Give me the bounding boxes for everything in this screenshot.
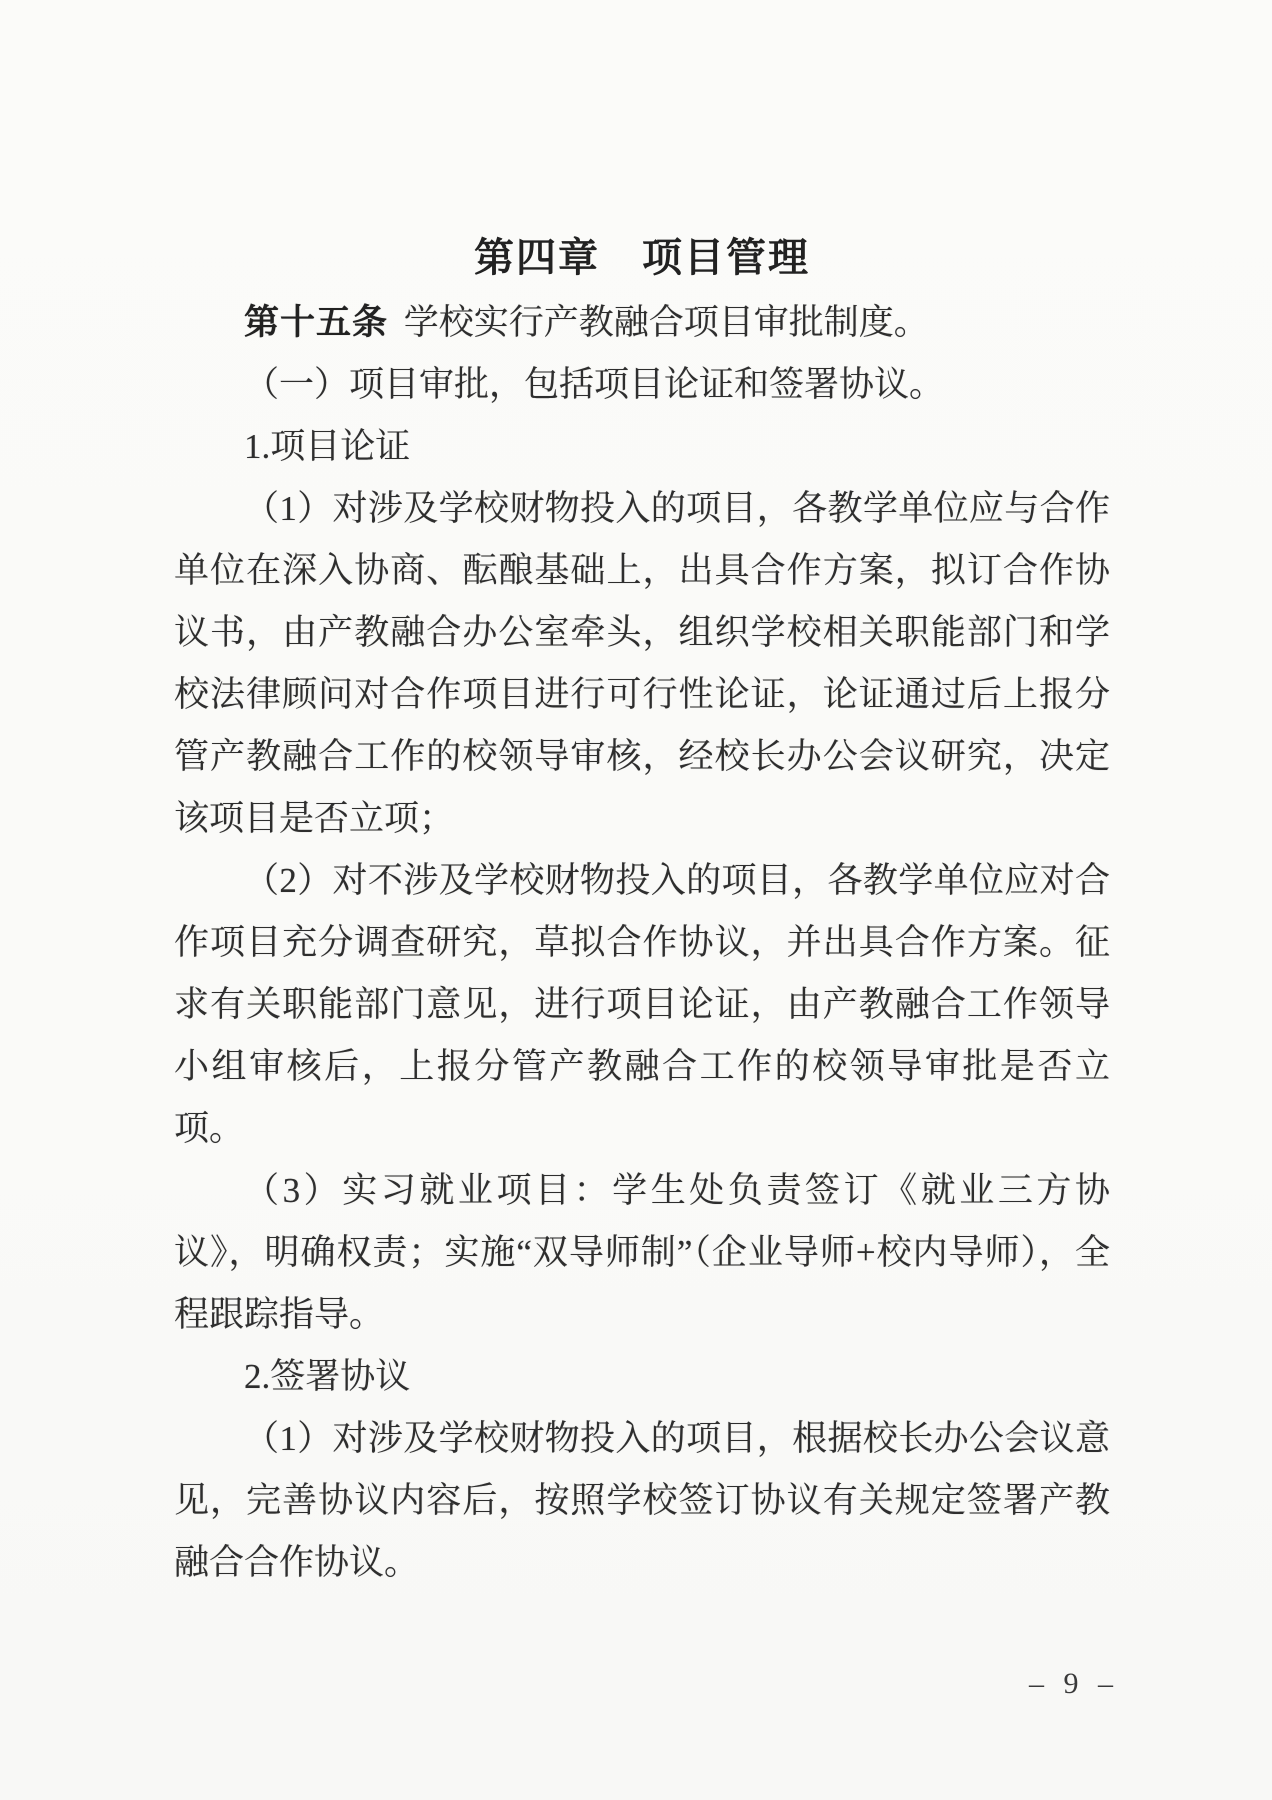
page-number: – 9 – [1029,1664,1119,1704]
paragraph-point-4: （1）对涉及学校财物投入的项目，根据校长办公会议意见，完善协议内容后，按照学校签… [174,1408,1110,1594]
document-page: 第四章 项目管理 第十五条学校实行产教融合项目审批制度。 （一）项目审批，包括项… [0,0,1272,1800]
document-body: 第四章 项目管理 第十五条学校实行产教融合项目审批制度。 （一）项目审批，包括项… [174,226,1110,1594]
article-number: 第十五条 [244,303,388,342]
paragraph-point-3: （3）实习就业项目：学生处负责签订《就业三方协议》，明确权责；实施“双导师制”（… [174,1160,1110,1346]
paragraph-item-1: （一）项目审批，包括项目论证和签署协议。 [174,354,1110,416]
paragraph-subitem-1: 1.项目论证 [174,416,1110,478]
paragraph-point-1: （1）对涉及学校财物投入的项目，各教学单位应与合作单位在深入协商、酝酿基础上，出… [174,478,1110,850]
paragraph-point-2: （2）对不涉及学校财物投入的项目，各教学单位应对合作项目充分调查研究，草拟合作协… [174,850,1110,1160]
paragraph-subitem-2: 2.签署协议 [174,1346,1110,1408]
paragraph-article-15: 第十五条学校实行产教融合项目审批制度。 [174,292,1110,354]
chapter-title: 第四章 项目管理 [174,226,1110,290]
paragraph-text: 学校实行产教融合项目审批制度。 [404,303,929,342]
